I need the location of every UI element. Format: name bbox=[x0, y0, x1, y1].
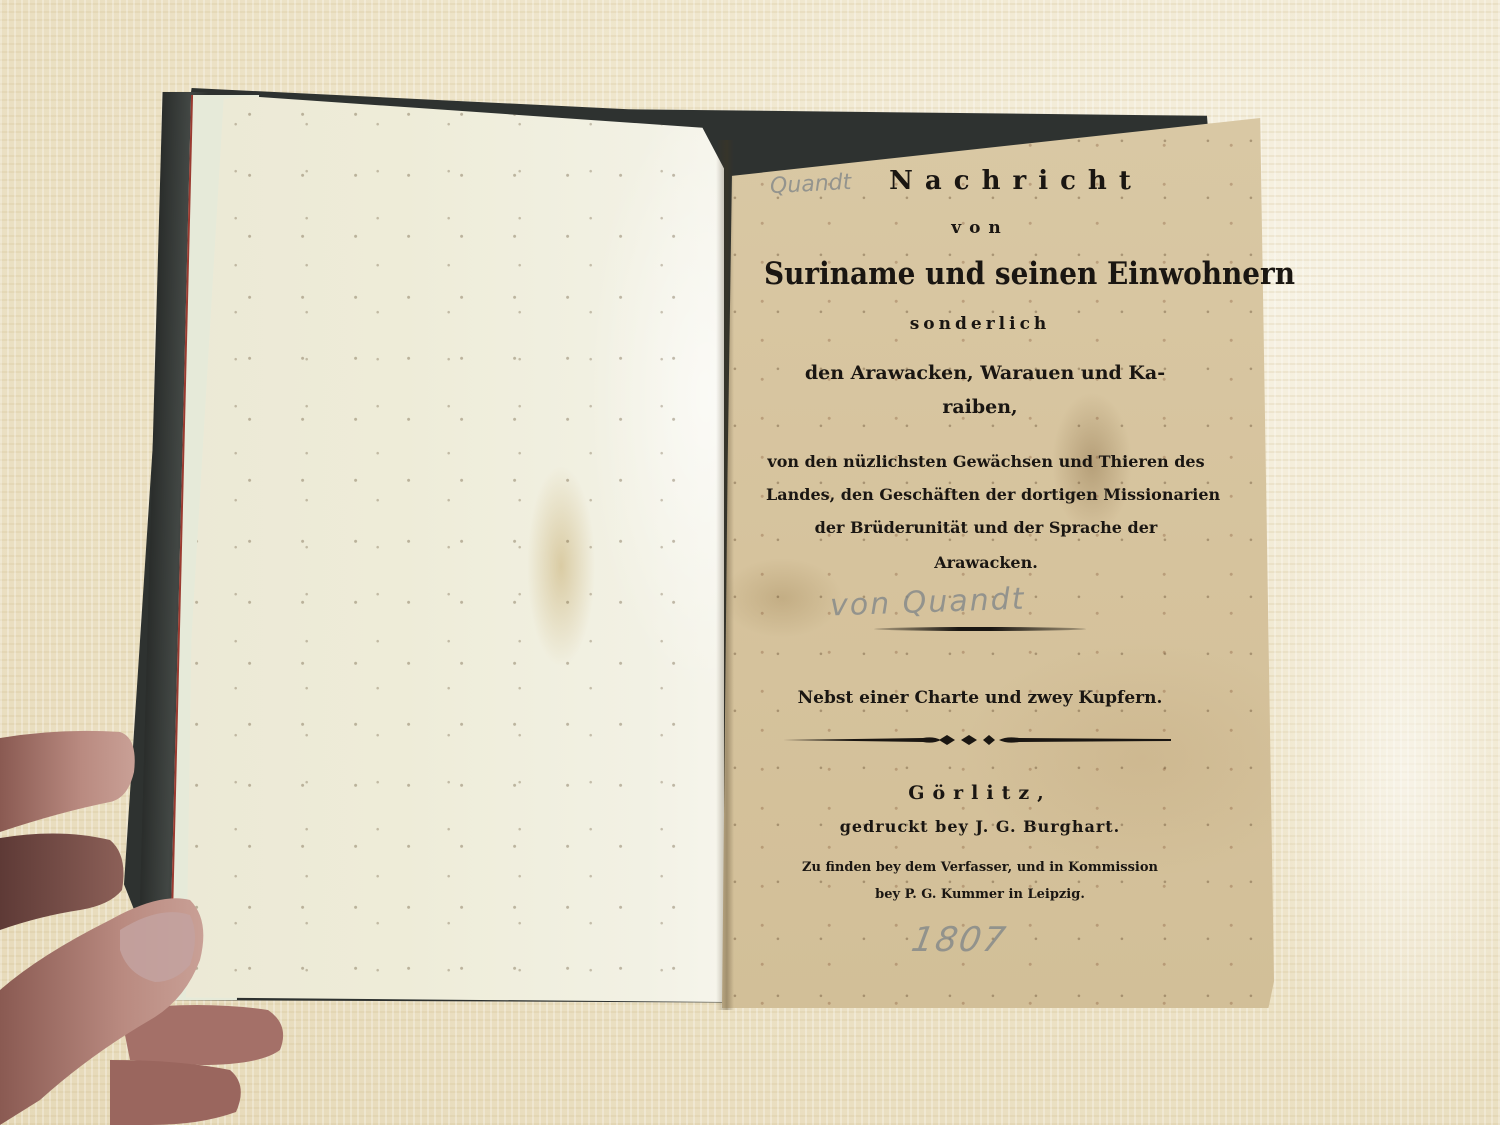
pencil-note-year: 1807 bbox=[908, 920, 1010, 960]
title-description-line-4: Arawacken. bbox=[766, 553, 1206, 572]
divider-rule bbox=[874, 627, 1086, 631]
photo-scene: Quandt Nachricht von Suriname und seinen… bbox=[0, 0, 1500, 1125]
title-peoples-line-cont: raiben, bbox=[740, 396, 1220, 418]
title-description-line-1: von den nüzlichsten Gewächsen und Thiere… bbox=[766, 452, 1206, 471]
title-description-line-2: Landes, den Geschäften der dortigen Miss… bbox=[766, 485, 1206, 504]
title-word-von: von bbox=[740, 218, 1220, 238]
imprint-printer: gedruckt bey J. G. Burghart. bbox=[740, 817, 1220, 836]
title-description-line-3: der Brüderunität und der Sprache der bbox=[766, 518, 1206, 537]
book-gutter-shadow bbox=[716, 140, 734, 1010]
title-subtitle: Nebst einer Charte und zwey Kupfern. bbox=[740, 688, 1220, 708]
pencil-note-author: von Quandt bbox=[829, 582, 1026, 624]
imprint-sales-line-1: Zu finden bey dem Verfasser, und in Komm… bbox=[740, 860, 1220, 875]
title-word-sonderlich: sonderlich bbox=[740, 314, 1220, 334]
title-main-line: Suriname und seinen Einwohnern bbox=[764, 256, 1196, 292]
imprint-place: Görlitz, bbox=[740, 782, 1220, 804]
table-light-patch bbox=[1260, 420, 1500, 1125]
imprint-sales-line-2: bey P. G. Kummer in Leipzig. bbox=[740, 887, 1220, 902]
hand-holding-book bbox=[0, 720, 330, 1125]
ornamental-divider-icon bbox=[783, 733, 1171, 747]
title-peoples-line: den Arawacken, Warauen und Ka- bbox=[775, 362, 1195, 384]
title-word-nachricht: Nachricht bbox=[740, 166, 1256, 196]
